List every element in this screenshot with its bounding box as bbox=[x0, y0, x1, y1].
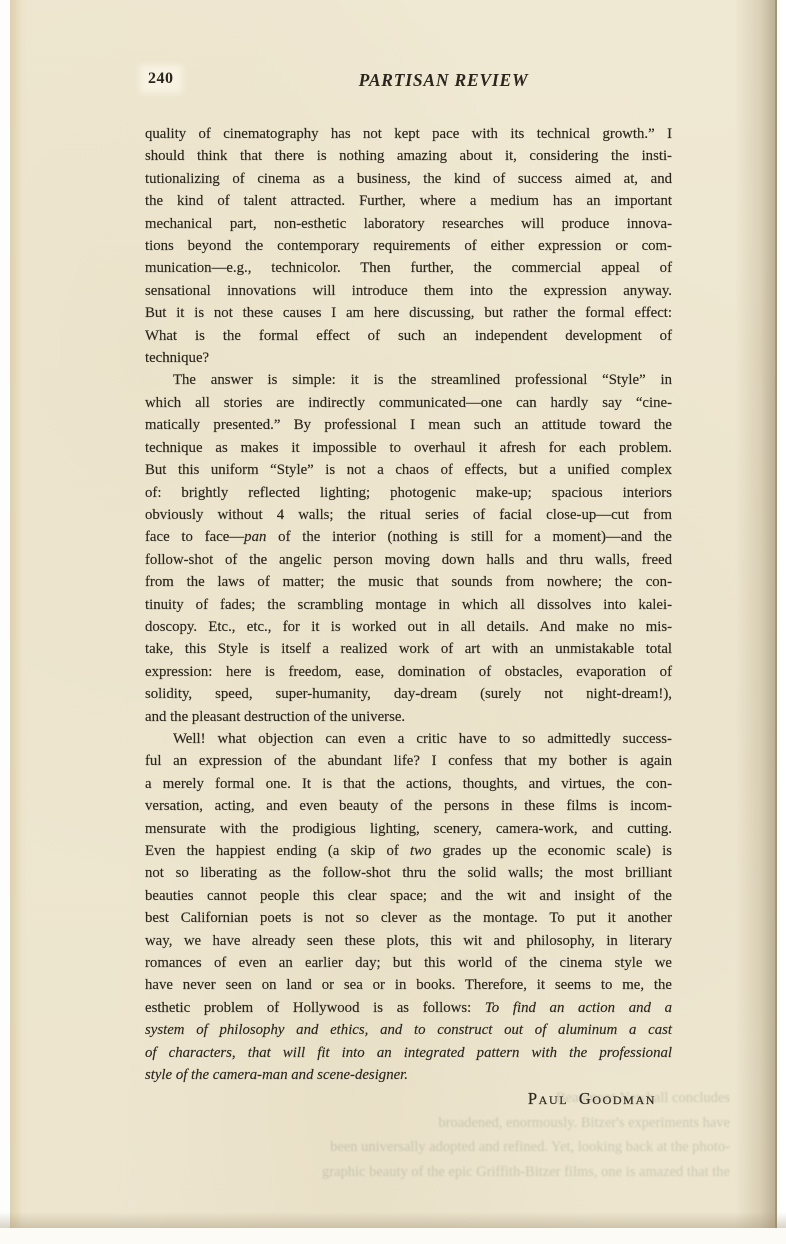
text-line: romances of even an earlier day; but thi… bbox=[145, 952, 672, 974]
text-line: munication—e.g., technicolor. Then furth… bbox=[145, 257, 672, 279]
bleedthrough-line: been universally adopted and refined. Ye… bbox=[280, 1135, 730, 1160]
text-line: system of philosophy and ethics, and to … bbox=[145, 1019, 672, 1041]
text-line: the kind of talent attracted. Further, w… bbox=[145, 190, 672, 212]
body-text: quality of cinematography has not kept p… bbox=[145, 123, 672, 1086]
bleedthrough-line: graphic beauty of the epic Griffith-Bitz… bbox=[280, 1160, 730, 1185]
text-line: style of the camera-man and scene-design… bbox=[145, 1064, 672, 1086]
text-line: of: brightly reflected lighting; photoge… bbox=[145, 482, 672, 504]
text-line: take, this Style is itself a realized wo… bbox=[145, 638, 672, 660]
text-line: of characters, that will fit into an int… bbox=[145, 1042, 672, 1064]
text-line: should think that there is nothing amazi… bbox=[145, 145, 672, 167]
text-line: sensational innovations will introduce t… bbox=[145, 280, 672, 302]
text-line: expression: here is freedom, ease, domin… bbox=[145, 661, 672, 683]
text-line: a merely formal one. It is that the acti… bbox=[145, 773, 672, 795]
text-line: way, we have already seen these plots, t… bbox=[145, 930, 672, 952]
page-bottom-edge bbox=[0, 1228, 786, 1244]
text-line: mensurate with the prodigious lighting, … bbox=[145, 818, 672, 840]
scanned-page: Beaumont Newhall concludesbroadened, eno… bbox=[0, 0, 786, 1244]
page-bottom-shadow bbox=[0, 1212, 786, 1228]
text-line: technique as makes it impossible to over… bbox=[145, 437, 672, 459]
text-line: not so liberating as the follow-shot thr… bbox=[145, 862, 672, 884]
text-line: mechanical part, non-esthetic laboratory… bbox=[145, 213, 672, 235]
text-line: matically presented.” By professional I … bbox=[145, 414, 672, 436]
text-line: doscopy. Etc., etc., for it is worked ou… bbox=[145, 616, 672, 638]
text-line: and the pleasant destruction of the univ… bbox=[145, 706, 672, 728]
author-signature: Paul Goodman bbox=[145, 1087, 672, 1111]
text-line: tutionalizing of cinema as a business, t… bbox=[145, 168, 672, 190]
text-line: But this uniform “Style” is not a chaos … bbox=[145, 459, 672, 481]
text-line: The answer is simple: it is the streamli… bbox=[145, 369, 672, 391]
text-line: tions beyond the contemporary requiremen… bbox=[145, 235, 672, 257]
text-line: Even the happiest ending (a skip of two … bbox=[145, 840, 672, 862]
page-right-edge bbox=[775, 0, 786, 1244]
running-header: 240 PARTISAN REVIEW bbox=[145, 70, 672, 92]
paragraph: The answer is simple: it is the streamli… bbox=[145, 369, 672, 728]
page-content: 240 PARTISAN REVIEW quality of cinematog… bbox=[145, 70, 672, 1111]
text-line: best Californian poets is not so clever … bbox=[145, 907, 672, 929]
text-line: ful an expression of the abundant life? … bbox=[145, 750, 672, 772]
text-line: quality of cinematography has not kept p… bbox=[145, 123, 672, 145]
text-line: from the laws of matter; the music that … bbox=[145, 571, 672, 593]
text-line: follow-shot of the angelic person moving… bbox=[145, 549, 672, 571]
text-line: Well! what objection can even a critic h… bbox=[145, 728, 672, 750]
text-line: But it is not these causes I am here dis… bbox=[145, 302, 672, 324]
text-line: obviously without 4 walls; the ritual se… bbox=[145, 504, 672, 526]
text-line: have never seen on land or sea or in boo… bbox=[145, 974, 672, 996]
journal-title: PARTISAN REVIEW bbox=[145, 70, 672, 91]
page-left-edge-band bbox=[10, 0, 26, 1244]
page-gutter-shadow bbox=[735, 0, 777, 1244]
page-number: 240 bbox=[145, 70, 177, 88]
text-line: esthetic problem of Hollywood is as foll… bbox=[145, 997, 672, 1019]
bleedthrough-line: broadened, enormously. Bitzer's experime… bbox=[280, 1111, 730, 1136]
text-line: beauties cannot people this clear space;… bbox=[145, 885, 672, 907]
paragraph: quality of cinematography has not kept p… bbox=[145, 123, 672, 369]
text-line: which all stories are indirectly communi… bbox=[145, 392, 672, 414]
text-line: versation, acting, and even beauty of th… bbox=[145, 795, 672, 817]
text-line: technique? bbox=[145, 347, 672, 369]
page-left-edge bbox=[0, 0, 10, 1244]
text-line: tinuity of fades; the scrambling montage… bbox=[145, 594, 672, 616]
text-line: solidity, speed, super-humanity, day-dre… bbox=[145, 683, 672, 705]
paragraph: Well! what objection can even a critic h… bbox=[145, 728, 672, 1087]
text-line: What is the formal effect of such an ind… bbox=[145, 325, 672, 347]
text-line: face to face—pan of the interior (nothin… bbox=[145, 526, 672, 548]
